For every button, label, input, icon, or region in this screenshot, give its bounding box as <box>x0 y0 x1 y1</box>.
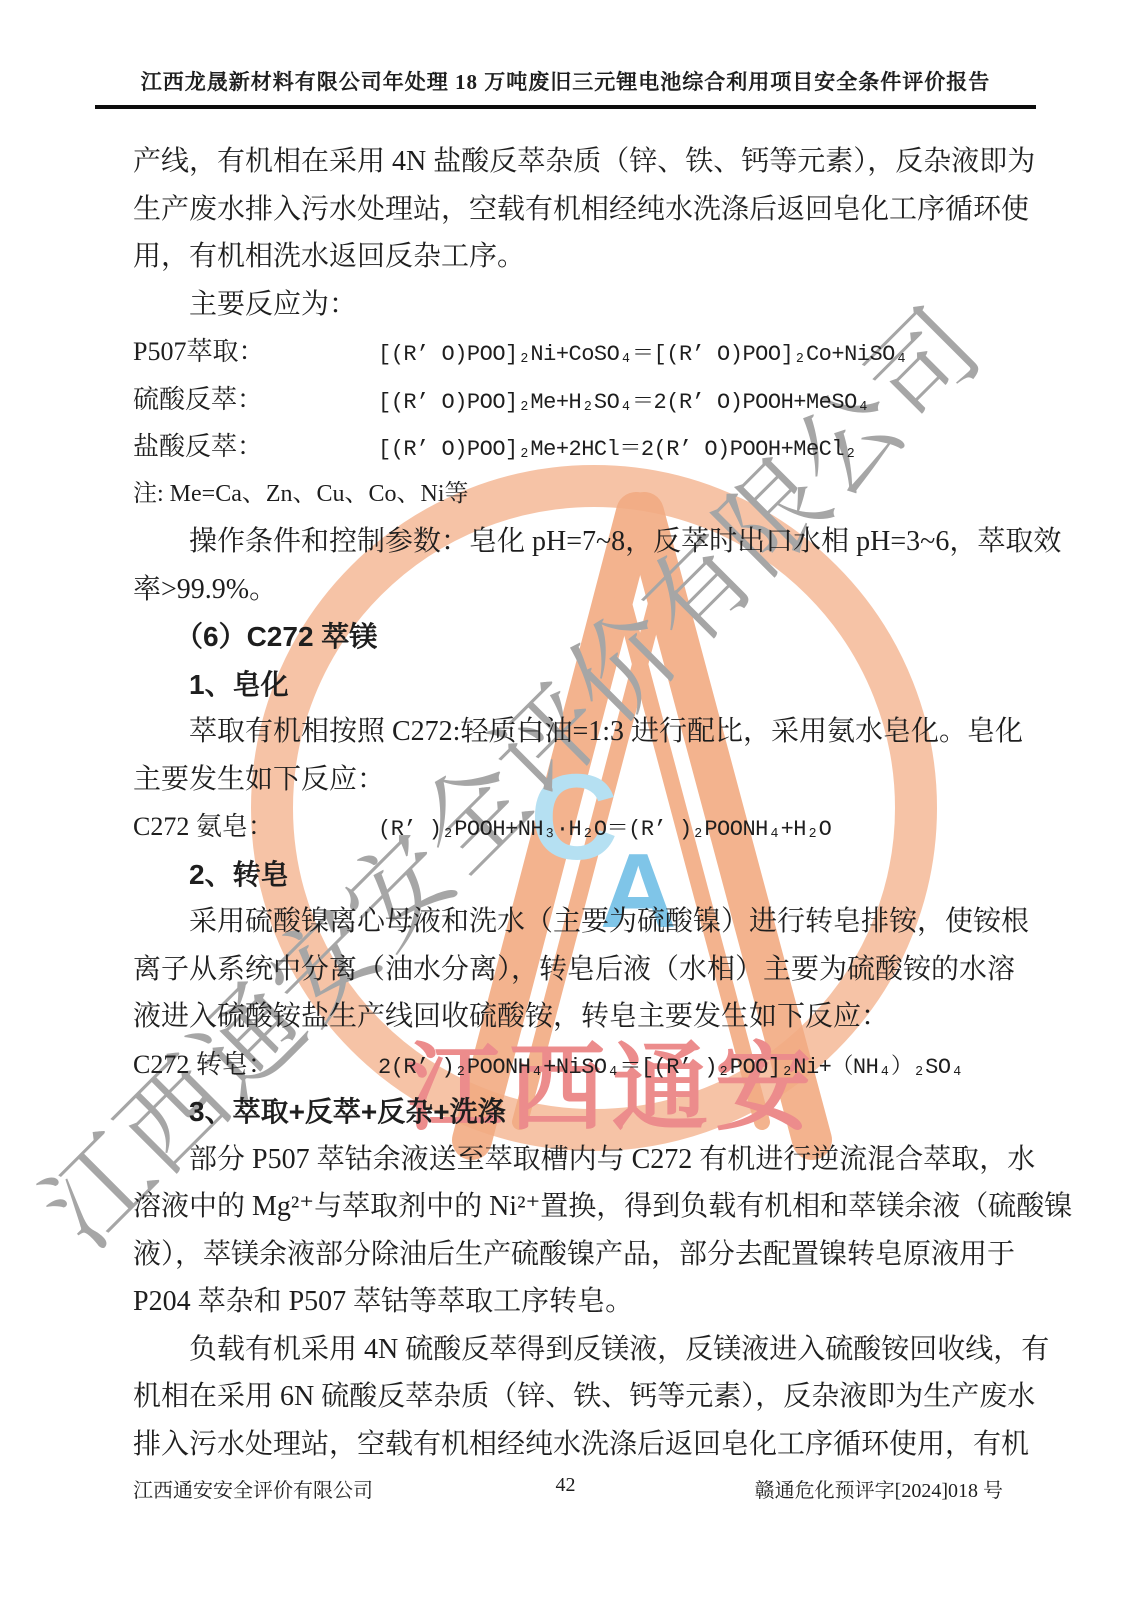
formula-label: 硫酸反萃： <box>133 376 378 424</box>
formula-text: [(R’ O)POO]₂Me+2HCl＝2(R’ O)POOH+MeCl₂ <box>378 426 857 474</box>
text-line: 采用硫酸镍离心母液和洗水（主要为硫酸镍）进行转皂排铵，使铵根 <box>133 898 1008 946</box>
text-line: 溶液中的 Mg²⁺与萃取剂中的 Ni²⁺置换，得到负载有机相和萃镁余液（硫酸镍 <box>133 1183 1008 1231</box>
formula-text: [(R’ O)POO]₂Me+H₂SO₄＝2(R’ O)POOH+MeSO₄ <box>378 379 869 427</box>
report-header-title: 江西龙晟新材料有限公司年处理 18 万吨废旧三元锂电池综合利用项目安全条件评价报… <box>0 66 1131 96</box>
section-heading: 1、皂化 <box>133 661 1008 709</box>
text-line: 产线，有机相在采用 4N 盐酸反萃杂质（锌、铁、钙等元素），反杂液即为 <box>133 138 1008 186</box>
text-line: 负载有机采用 4N 硫酸反萃得到反镁液，反镁液进入硫酸铵回收线，有 <box>133 1326 1008 1374</box>
text-line: 率>99.9%。 <box>133 566 1008 614</box>
formula-label: P507萃取： <box>133 328 378 376</box>
text-line: 主要发生如下反应： <box>133 756 1008 804</box>
text-line: 操作条件和控制参数：皂化 pH=7~8，反萃时出口水相 pH=3~6，萃取效 <box>133 518 1008 566</box>
text-line: 机相在采用 6N 硫酸反萃杂质（锌、铁、钙等元素），反杂液即为生产废水 <box>133 1373 1008 1421</box>
formula-line: C272 氨皂： (R’ )₂POOH+NH₃·H₂O＝(R’ )₂POONH₄… <box>133 803 1008 851</box>
text-line: 液），萃镁余液部分除油后生产硫酸镍产品，部分去配置镍转皂原液用于 <box>133 1231 1008 1279</box>
document-page: 江西龙晟新材料有限公司年处理 18 万吨废旧三元锂电池综合利用项目安全条件评价报… <box>0 0 1131 1600</box>
document-content: 产线，有机相在采用 4N 盐酸反萃杂质（锌、铁、钙等元素），反杂液即为 生产废水… <box>133 138 1008 1468</box>
footer-doc-number: 赣通危化预评字[2024]018 号 <box>755 1474 1003 1503</box>
formula-label: 盐酸反萃： <box>133 423 378 471</box>
formula-text: (R’ )₂POOH+NH₃·H₂O＝(R’ )₂POONH₄+H₂O <box>378 806 831 854</box>
text-line: 萃取有机相按照 C272:轻质白油=1:3 进行配比，采用氨水皂化。皂化 <box>133 708 1008 756</box>
formula-line: P507萃取： [(R’ O)POO]₂Ni+CoSO₄＝[(R’ O)POO]… <box>133 328 1008 376</box>
formula-text: [(R’ O)POO]₂Ni+CoSO₄＝[(R’ O)POO]₂Co+NiSO… <box>378 331 908 379</box>
formula-line: 硫酸反萃： [(R’ O)POO]₂Me+H₂SO₄＝2(R’ O)POOH+M… <box>133 376 1008 424</box>
formula-label: C272 转皂： <box>133 1041 378 1089</box>
note-line: 注: Me=Ca、Zn、Cu、Co、Ni等 <box>133 471 1008 519</box>
text-line: 用，有机相洗水返回反杂工序。 <box>133 233 1008 281</box>
section-heading: 2、转皂 <box>133 851 1008 899</box>
section-heading: 3、萃取+反萃+反杂+洗涤 <box>133 1088 1008 1136</box>
header-rule <box>95 105 1036 109</box>
formula-text: 2(R’ )₂POONH₄+NiSO₄＝[(R’ )₂POO]₂Ni+（NH₄）… <box>378 1044 963 1092</box>
formula-line: 盐酸反萃： [(R’ O)POO]₂Me+2HCl＝2(R’ O)POOH+Me… <box>133 423 1008 471</box>
text-line: 液进入硫酸铵盐生产线回收硫酸铵，转皂主要发生如下反应： <box>133 993 1008 1041</box>
text-line: 主要反应为： <box>133 281 1008 329</box>
formula-label: C272 氨皂： <box>133 803 378 851</box>
formula-line: C272 转皂： 2(R’ )₂POONH₄+NiSO₄＝[(R’ )₂POO]… <box>133 1041 1008 1089</box>
text-line: 离子从系统中分离（油水分离），转皂后液（水相）主要为硫酸铵的水溶 <box>133 946 1008 994</box>
text-line: P204 萃杂和 P507 萃钴等萃取工序转皂。 <box>133 1278 1008 1326</box>
page-footer: 江西通安安全评价有限公司 42 赣通危化预评字[2024]018 号 <box>0 1474 1131 1504</box>
text-line: 生产废水排入污水处理站，空载有机相经纯水洗涤后返回皂化工序循环使 <box>133 186 1008 234</box>
text-line: 部分 P507 萃钴余液送至萃取槽内与 C272 有机进行逆流混合萃取，水 <box>133 1136 1008 1184</box>
section-heading: （6）C272 萃镁 <box>133 613 1008 661</box>
text-line: 排入污水处理站，空载有机相经纯水洗涤后返回皂化工序循环使用，有机 <box>133 1421 1008 1469</box>
